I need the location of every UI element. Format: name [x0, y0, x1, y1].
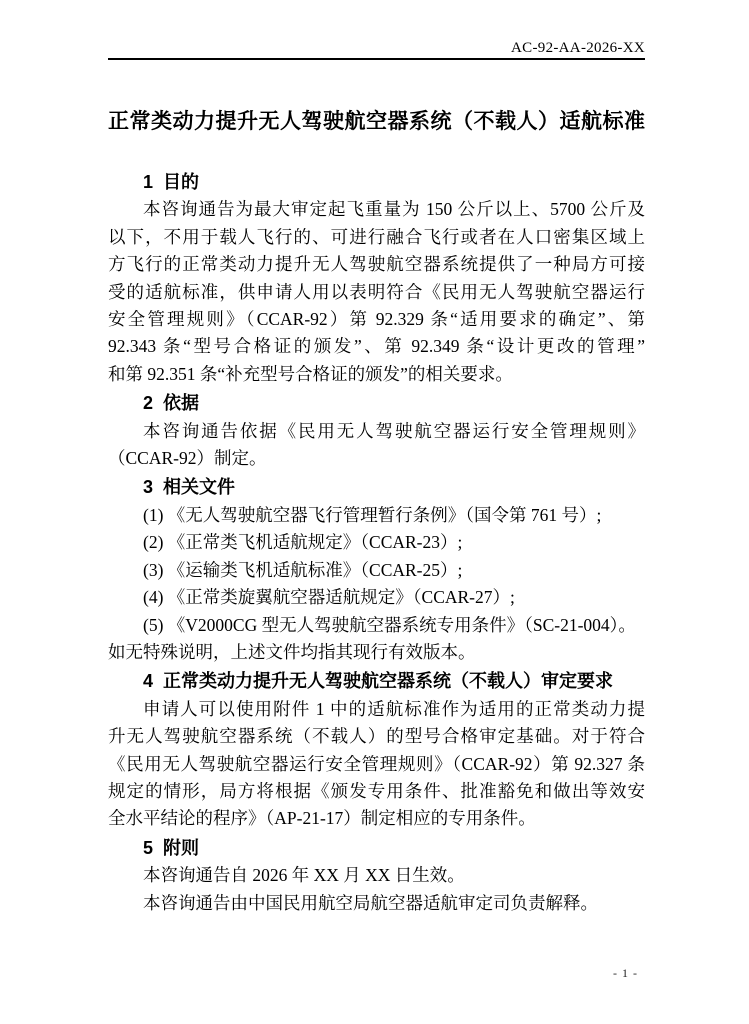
section-heading-3: 3 相关文件 — [108, 474, 645, 501]
page-number: - 1 - — [613, 967, 638, 979]
body-line: 《民用无人驾驶航空器运行安全管理规则》（CCAR-92）第 92.327 条 — [108, 751, 645, 778]
body-line: （CCAR-92）制定。 — [108, 445, 645, 472]
section-heading-5: 5 附则 — [108, 835, 645, 862]
body-line: 全水平结论的程序》（AP-21-17）制定相应的专用条件。 — [108, 805, 645, 832]
body-line: 本咨询通告自 2026 年 XX 月 XX 日生效。 — [108, 862, 645, 889]
body-line: 92.343 条“型号合格证的颁发”、第 92.349 条“设计更改的管理” — [108, 333, 645, 360]
body-line: 受的适航标准，供申请人用以表明符合《民用无人驾驶航空器运行 — [108, 279, 645, 306]
body-line: 以下，不用于载人飞行的、可进行融合飞行或者在人口密集区域上 — [108, 224, 645, 251]
section-heading-2: 2 依据 — [108, 390, 645, 417]
body-line: 本咨询通告为最大审定起飞重量为 150 公斤以上、5700 公斤及 — [108, 196, 645, 223]
document-page: AC-92-AA-2026-XX 正常类动力提升无人驾驶航空器系统（不载人）适航… — [0, 0, 749, 1024]
list-item: (2) 《正常类飞机适航规定》（CCAR-23）; — [108, 529, 645, 556]
section-heading-4: 4 正常类动力提升无人驾驶航空器系统（不载人）审定要求 — [108, 668, 645, 695]
document-title: 正常类动力提升无人驾驶航空器系统（不载人）适航标准 — [108, 107, 645, 136]
body-line: 申请人可以使用附件 1 中的适航标准作为适用的正常类动力提 — [108, 696, 645, 723]
body-line: 本咨询通告由中国民用航空局航空器适航审定司负责解释。 — [108, 890, 645, 917]
body-line: 本咨询通告依据《民用无人驾驶航空器运行安全管理规则》 — [108, 418, 645, 445]
body-line: 方飞行的正常类动力提升无人驾驶航空器系统提供了一种局方可接 — [108, 251, 645, 278]
section-heading-1: 1 目的 — [108, 169, 645, 196]
body-line: 规定的情形，局方将根据《颁发专用条件、批准豁免和做出等效安 — [108, 778, 645, 805]
body-line: 升无人驾驶航空器系统（不载人）的型号合格审定基础。对于符合 — [108, 723, 645, 750]
list-item: (1) 《无人驾驶航空器飞行管理暂行条例》（国令第 761 号）; — [108, 502, 645, 529]
document-number: AC-92-AA-2026-XX — [108, 41, 645, 55]
body-line: 安全管理规则》（CCAR-92）第 92.329 条“适用要求的确定”、第 — [108, 306, 645, 333]
list-item: (4) 《正常类旋翼航空器适航规定》（CCAR-27）; — [108, 584, 645, 611]
body-line: 和第 92.351 条“补充型号合格证的颁发”的相关要求。 — [108, 361, 645, 388]
header-rule — [108, 58, 645, 60]
note-line: 如无特殊说明，上述文件均指其现行有效版本。 — [108, 639, 645, 666]
document-content: AC-92-AA-2026-XX 正常类动力提升无人驾驶航空器系统（不载人）适航… — [108, 0, 645, 917]
list-item: (3) 《运输类飞机适航标准》（CCAR-25）; — [108, 557, 645, 584]
list-item: (5) 《V2000CG 型无人驾驶航空器系统专用条件》（SC-21-004）。 — [108, 612, 645, 639]
